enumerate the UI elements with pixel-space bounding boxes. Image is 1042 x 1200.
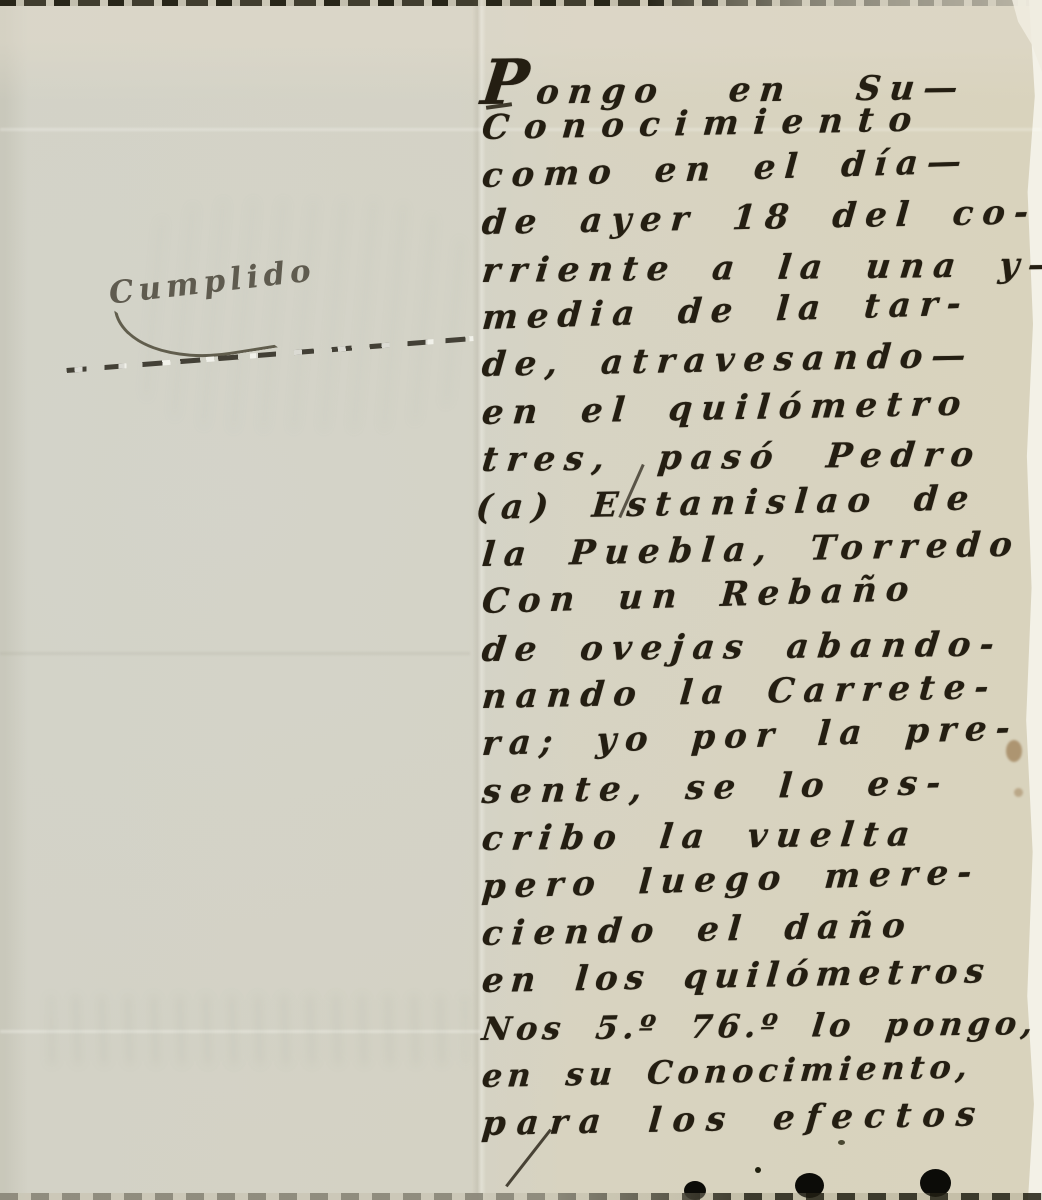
rust-stain: [1006, 740, 1022, 762]
bottom-edge-fragments: [0, 1193, 1042, 1200]
horizontal-crease: [0, 652, 470, 655]
letter-line: en los quilómetros: [480, 948, 1040, 1006]
letter-line: de ayer 18 del co-: [480, 189, 1040, 247]
letter-line: para los efectos: [480, 1090, 1040, 1148]
top-edge-fragments: [0, 0, 1042, 6]
ink-speck: [838, 1140, 845, 1145]
ink-speck: [755, 1167, 761, 1173]
manuscript-page: Cumplido Pongo en Su— Conocimiento como …: [0, 0, 1042, 1200]
letter-line: sente, se lo es-: [480, 758, 1040, 816]
ink-bleedthrough: [48, 995, 468, 1065]
letter-body: Pongo en Su— Conocimiento como en el día…: [482, 58, 1038, 1148]
rust-stain: [1014, 788, 1023, 797]
letter-line: en el quilómetro: [480, 379, 1040, 437]
